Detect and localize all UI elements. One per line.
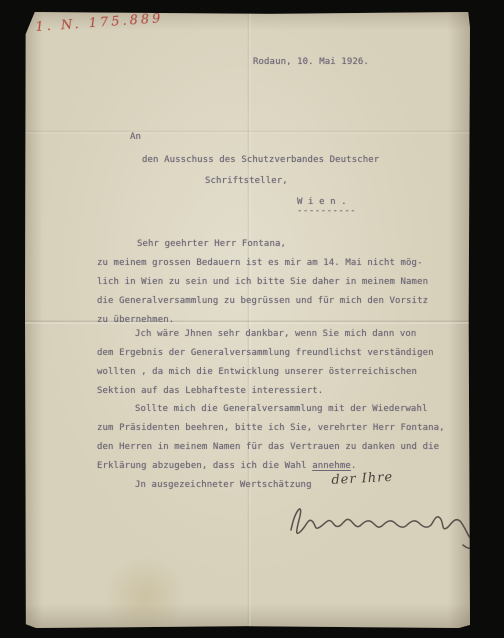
body-line: den Herren in meinem Namen für das Vertr… xyxy=(97,442,439,452)
body-line: Sollte mich die Generalversammlung mit d… xyxy=(135,404,427,414)
fold-crease-vertical xyxy=(247,12,251,628)
body-line: wollten , da mich die Entwicklung unsere… xyxy=(97,367,417,377)
letter-paper: 1. N. 175.889 Rodaun, 10. Mai 1926. An d… xyxy=(25,12,470,628)
body-line: dem Ergebnis der Generalversammlung freu… xyxy=(97,348,434,358)
salutation: Sehr geehrter Herr Fontana, xyxy=(137,239,286,249)
address-line-organization: den Ausschuss des Schutzverbandes Deutsc… xyxy=(142,155,379,165)
fold-crease-horizontal xyxy=(25,320,470,324)
final-line-underlined-word: annehme xyxy=(312,461,351,471)
body-line: lich in Wien zu sein und ich bitte Sie d… xyxy=(97,277,428,287)
archival-number-handwriting: 1. N. 175.889 xyxy=(35,11,164,35)
address-line-schriftsteller: Schriftsteller, xyxy=(205,176,288,186)
body-line: Sektion auf das Lebhafteste interessiert… xyxy=(97,386,323,396)
body-line-final: Erklärung abzugeben, dass ich die Wahl a… xyxy=(97,461,356,471)
body-line: die Generalversammlung zu begrüssen und … xyxy=(97,296,428,306)
signature-handwriting xyxy=(283,494,483,556)
final-line-post: . xyxy=(351,461,357,471)
body-line: zum Präsidenten beehren, bitte ich Sie, … xyxy=(97,423,445,433)
body-line: zu meinem grossen Bedauern ist es mir am… xyxy=(97,258,423,268)
body-line: zu übernehmen. xyxy=(97,315,174,325)
address-city-underline: ---------- xyxy=(297,206,356,216)
closing-typed: Jn ausgezeichneter Wertschätzung xyxy=(135,480,312,490)
fold-crease-horizontal-faint xyxy=(25,130,470,134)
final-line-pre: Erklärung abzugeben, dass ich die Wahl xyxy=(97,461,312,471)
dateline: Rodaun, 10. Mai 1926. xyxy=(253,57,369,67)
address-line-an: An xyxy=(130,132,141,142)
body-line: Jch wäre Jhnen sehr dankbar, wenn Sie mi… xyxy=(135,329,416,339)
closing-handwriting: der Ihre xyxy=(331,470,393,488)
